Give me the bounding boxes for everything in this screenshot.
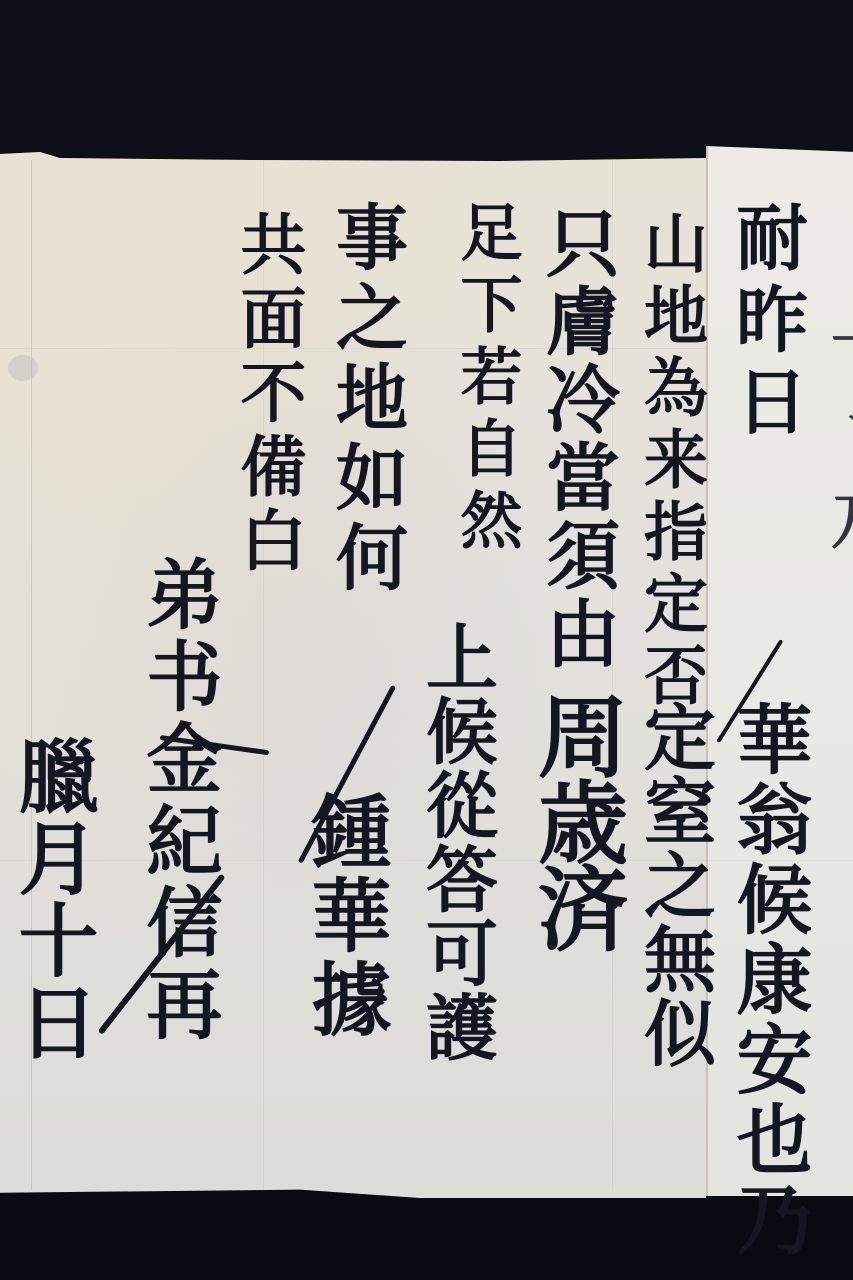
- letter-column-1-top: 耐昨日: [730, 200, 802, 446]
- letter-column-2-top: 山地為来指定否: [638, 210, 702, 714]
- letter-signature: 弟书金紀信再: [140, 555, 216, 1047]
- letter-column-6: 共面不備白: [235, 210, 301, 580]
- letter-column-5-top: 事之地如何: [330, 200, 402, 600]
- letter-cut-off-column: 卜一丶乃: [826, 220, 853, 580]
- paper-stain: [8, 355, 38, 381]
- letter-date: 臘月十日: [12, 735, 92, 1063]
- letter-column-1-bottom: 華翁候康安也乃: [730, 700, 806, 1260]
- photo-stage: 耐昨日 華翁候康安也乃 山地為来指定否 定窒之無似 只膚冷當須由 周歳済 足下若…: [0, 0, 853, 1280]
- letter-column-3-top: 只膚冷當須由: [540, 205, 614, 673]
- letter-column-2-bottom: 定窒之無似: [638, 700, 710, 1070]
- letter-column-4-bottom: 上候從答可護: [420, 620, 492, 1064]
- letter-column-3-bottom: 周歳済: [530, 690, 620, 948]
- letter-column-4-top: 足下若自然: [455, 200, 517, 560]
